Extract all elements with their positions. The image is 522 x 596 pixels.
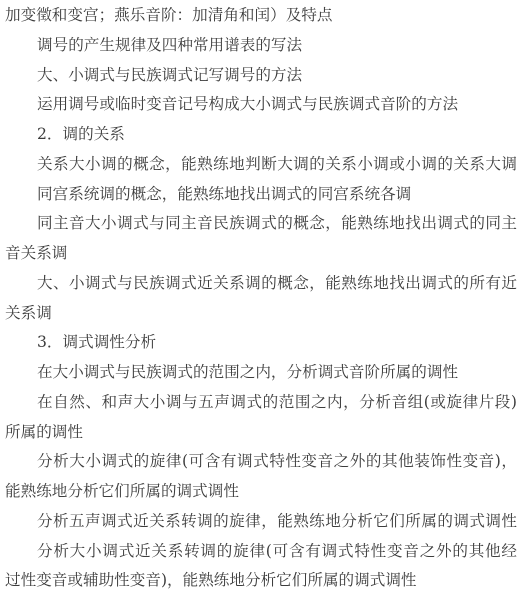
text-line: 音关系调 bbox=[5, 239, 517, 269]
text-line: 在大小调式与民族调式的范围之内，分析调式音阶所属的调性 bbox=[5, 358, 517, 388]
text-line: 同主音大小调式与同主音民族调式的概念，能熟练地找出调式的同主 bbox=[5, 209, 517, 239]
text-line: 在自然、和声大小调与五声调式的范围之内，分析音组(或旋律片段) bbox=[5, 388, 517, 418]
text-line: 同宫系统调的概念，能熟练地找出调式的同宫系统各调 bbox=[5, 180, 517, 210]
text-line: 调号的产生规律及四种常用谱表的写法 bbox=[5, 31, 517, 61]
text-line: 能熟练地分析它们所属的调式调性 bbox=[5, 477, 517, 507]
text-line: 运用调号或临时变音记号构成大小调式与民族调式音阶的方法 bbox=[5, 90, 517, 120]
document-page: 加变徵和变宫；燕乐音阶：加清角和闰）及特点调号的产生规律及四种常用谱表的写法大、… bbox=[0, 0, 522, 596]
text-line: 3．调式调性分析 bbox=[5, 328, 517, 358]
text-line: 关系调 bbox=[5, 299, 517, 329]
text-line: 所属的调性 bbox=[5, 418, 517, 448]
text-line: 过性变音或辅助性变音)，能熟练地分析它们所属的调式调性 bbox=[5, 566, 517, 596]
text-line: 分析五声调式近关系转调的旋律，能熟练地分析它们所属的调式调性 bbox=[5, 507, 517, 537]
text-line: 分析大小调式近关系转调的旋律(可含有调式特性变音之外的其他经 bbox=[5, 537, 517, 567]
text-line: 大、小调式与民族调式近关系调的概念，能熟练地找出调式的所有近 bbox=[5, 269, 517, 299]
text-line: 2．调的关系 bbox=[5, 120, 517, 150]
text-line: 分析大小调式的旋律(可含有调式特性变音之外的其他装饰性变音)， bbox=[5, 447, 517, 477]
text-line: 大、小调式与民族调式记写调号的方法 bbox=[5, 61, 517, 91]
text-line: 加变徵和变宫；燕乐音阶：加清角和闰）及特点 bbox=[5, 1, 517, 31]
text-line: 关系大小调的概念，能熟练地判断大调的关系小调或小调的关系大调 bbox=[5, 150, 517, 180]
